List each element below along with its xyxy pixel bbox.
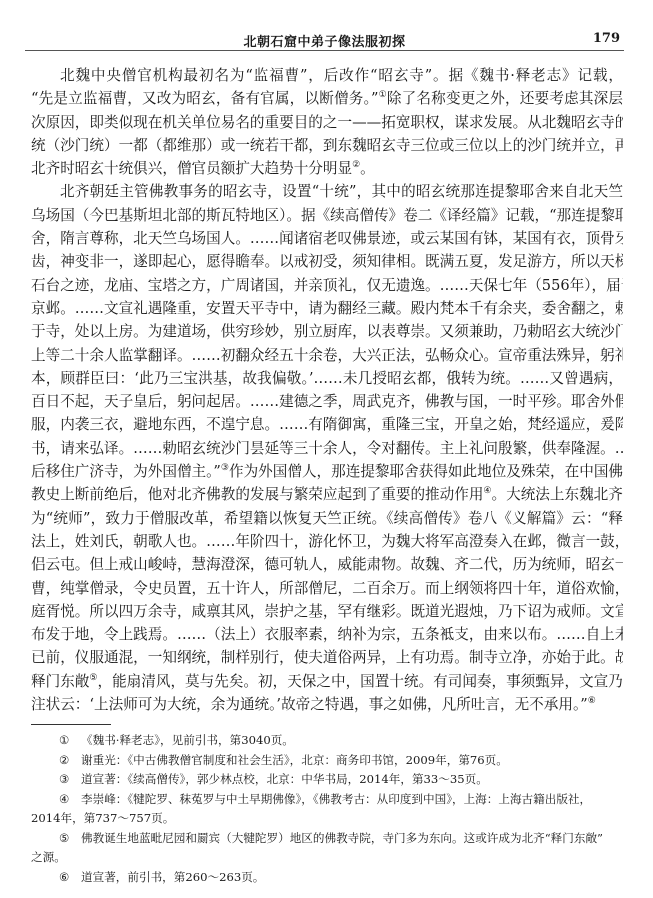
- running-title: 北朝石窟中弟子像法服初探: [25, 31, 624, 50]
- footnote-item: ③道宣著：《续高僧传》，郭少林点校，北京：中华书局，2014年，第33～35页。: [31, 770, 623, 790]
- text-line: 乌场国（今巴基斯坦北部的斯瓦特地区）。据《续高僧传》卷二《译经篇》记载，“那连提…: [31, 204, 623, 227]
- text-line: 布发于地，令上践焉。……（法上）衣服率素，纳补为宗，五条袛支，由来以布。……自上…: [31, 623, 623, 646]
- text-line: 后移住广济寺，为外国僧主。”③作为外国僧人，那连提黎耶舍获得如此地位及殊荣，在中…: [31, 460, 623, 483]
- footnote-item: ④李崇峰：《犍陀罗、秣菟罗与中土早期佛像》，《佛教考古：从印度到中国》，上海：上…: [31, 790, 623, 810]
- text-line: 庭胥悦。所以四万余寺，咸禀其风，崇护之基，罕有继彩。既道光遐烛，乃下诏为戒师。文…: [31, 600, 623, 623]
- footnote-divider: [31, 724, 111, 725]
- body-text: 北魏中央僧官机构最初名为“监福曹”，后改作“昭玄寺”。据《魏书·释老志》记载，“…: [31, 64, 623, 716]
- footnote-item: ②谢重光：《中古佛教僧官制度和社会生活》，北京：商务印书馆，2009年，第76页…: [31, 751, 623, 771]
- footnote-mark: ⑤: [59, 829, 81, 849]
- text-line: 已前，仪服通混，一知纲统，制样别行，使夫道俗两异，上有功焉。制寺立净，亦始于此。…: [31, 646, 623, 669]
- footnote-ref[interactable]: ③: [221, 463, 229, 473]
- footnote-text: 佛教诞生地蓝毗尼园和罽宾（大犍陀罗）地区的佛教寺院，寺门多为东向。这或许成为北齐…: [81, 831, 603, 845]
- text-line: 服，内袭三衣，避地东西，不遑宁息。……有隋御寓，重隆三宝，开皇之始，梵经遥应，爰…: [31, 413, 623, 436]
- text-line: 于寺，处以上房。为建道场，供穷珍妙，别立厨库，以表尊崇。又须兼助，乃勅昭玄大统沙…: [31, 320, 623, 343]
- footnote-text: 谢重光：《中古佛教僧官制度和社会生活》，北京：商务印书馆，2009年，第76页。: [81, 753, 508, 767]
- footnote-mark: ⑥: [59, 868, 81, 888]
- footnote-mark: ②: [59, 751, 81, 771]
- footnote-text: 李崇峰：《犍陀罗、秣菟罗与中土早期佛像》，《佛教考古：从印度到中国》，上海：上海…: [81, 792, 591, 806]
- footnote-continuation: 之源。: [31, 848, 623, 868]
- footnote-mark: ①: [59, 731, 81, 751]
- text-line: 教史上断前绝后，他对北齐佛教的发展与繁荣应起到了重要的推动作用④。大统法上东魏北…: [31, 483, 623, 506]
- footnotes: ①《魏书·释老志》，见前引书，第3040页。②谢重光：《中古佛教僧官制度和社会生…: [31, 731, 623, 887]
- text-line: 上等二十余人监掌翻译。……初翻众经五十余卷，大兴正法，弘畅众心。宣帝重法殊异，躬…: [31, 344, 623, 367]
- text-line: 石台之迹，龙庙、宝塔之方，广周诸国，并亲顶礼，仅无遗逸。……天保七年（556年）…: [31, 274, 623, 297]
- footnote-item: ①《魏书·释老志》，见前引书，第3040页。: [31, 731, 623, 751]
- text-line: 齿，神变非一，遂即起心，愿得瞻奉。以戒初受，须知律相。既满五夏，发足游方，所以天…: [31, 250, 623, 273]
- text-line: 京邺。……文宣礼遇隆重，安置天平寺中，请为翻经三藏。殿内梵本千有余夹，委舍翻之，…: [31, 297, 623, 320]
- text-line: 曹，纯掌僧录，令史员置，五十许人，所部僧尼，二百余万。而上纲领将四十年，道俗欢愉…: [31, 577, 623, 600]
- footnote-text: 《魏书·释老志》，见前引书，第3040页。: [81, 733, 294, 747]
- text-line: 舍，隋言尊称，北天竺乌场国人。……闻诸宿老叹佛景迹，或云某国有钵，某国有衣，顶骨…: [31, 227, 623, 250]
- footnote-text: 道宣著：《续高僧传》，郭少林点校，北京：中华书局，2014年，第33～35页。: [81, 772, 488, 786]
- text-line: 书，请来弘译。……勅昭玄统沙门昙延等三十余人，令对翻传。主上礼问殷繁，供奉隆渥。…: [31, 437, 623, 460]
- footnote-ref[interactable]: ⑥: [588, 696, 596, 706]
- text-line: 次原因，即类似现在机关单位易名的重要目的之一——拓宽职权，谋求发展。从北魏昭玄寺…: [31, 111, 623, 134]
- text-line: 北齐朝廷主管佛教事务的昭玄寺，设置“十统”，其中的昭玄统那连提黎耶舍来自北天竺: [31, 180, 623, 203]
- text-line: 统（沙门统）一都（都维那）或一统若干都，到东魏昭玄寺三位或三位以上的沙门统并立，…: [31, 134, 623, 157]
- text-line: 百日不起，天子皇后，躬问起居。……建德之季，周武克齐，佛教与国，一时平殄。耶舍外…: [31, 390, 623, 413]
- text-line: 注状云：‘上法师可为大统，余为通统。’故帝之特遇，事之如佛，凡所吐言，无不承用。…: [31, 693, 623, 716]
- text-line: 侣云屯。但上戒山峻峙，慧海澄深，德可轨人，威能肃物。故魏、齐二代，历为统师，昭玄…: [31, 553, 623, 576]
- page-header: 北朝石窟中弟子像法服初探 179: [25, 30, 624, 51]
- text-line: 释门东敞⑤，能扇清风，莫与先矣。初，天保之中，国置十统。有司闻奏，事须甄异，文宣…: [31, 670, 623, 693]
- text-line: 法上，姓刘氏，朝歌人也。……年阶四十，游化怀卫，为魏大将军高澄奏入在邺，微言一鼓…: [31, 530, 623, 553]
- footnote-ref[interactable]: ②: [352, 160, 360, 170]
- footnote-ref[interactable]: ①: [378, 90, 386, 100]
- footnote-mark: ④: [59, 790, 81, 810]
- footnote-continuation: 2014年，第737～757页。: [31, 809, 623, 829]
- text-line: “先是立监福曹，又改为昭玄，备有官属，以断僧务。”①除了名称变更之外，还要考虑其…: [31, 87, 623, 110]
- text-line: 本，顾群臣曰：‘此乃三宝洪基，故我偏敬。’……未几授昭玄都，俄转为统。……又曾遇…: [31, 367, 623, 390]
- text-line: 北齐时昭玄十统俱兴，僧官员额扩大趋势十分明显②。: [31, 157, 623, 180]
- text-line: 北魏中央僧官机构最初名为“监福曹”，后改作“昭玄寺”。据《魏书·释老志》记载，: [31, 64, 623, 87]
- footnote-text: 道宣著，前引书，第260～263页。: [81, 870, 264, 884]
- footnote-mark: ③: [59, 770, 81, 790]
- text-line: 为“统师”，致力于僧服改革，希望籍以恢复天竺正统。《续高僧传》卷八《义解篇》云：…: [31, 507, 623, 530]
- page-number: 179: [593, 31, 620, 46]
- footnote-ref[interactable]: ④: [483, 486, 491, 496]
- footnote-item: ⑥道宣著，前引书，第260～263页。: [31, 868, 623, 888]
- footnote-item: ⑤佛教诞生地蓝毗尼园和罽宾（大犍陀罗）地区的佛教寺院，寺门多为东向。这或许成为北…: [31, 829, 623, 849]
